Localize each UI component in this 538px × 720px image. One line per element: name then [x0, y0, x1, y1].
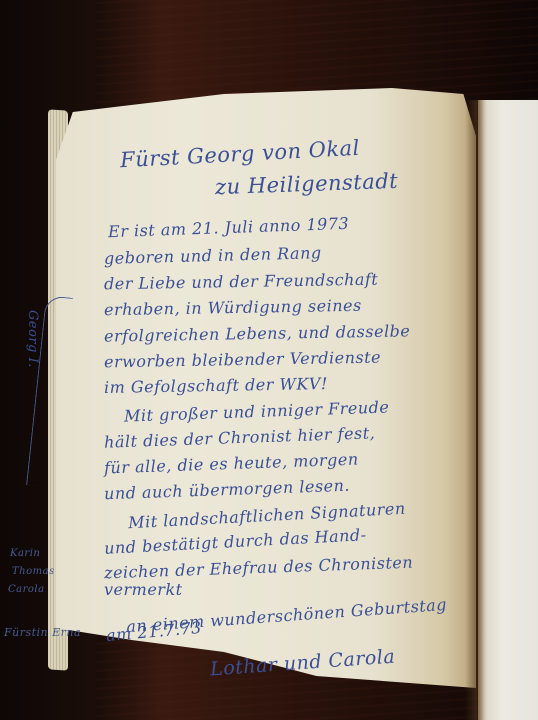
margin-note: Karin	[10, 548, 40, 559]
body-line: im Gefolgschaft der WKV!	[104, 374, 328, 397]
book-gutter	[465, 100, 487, 720]
body-line: vermerkt	[104, 580, 183, 599]
signature-vertical: Georg I.	[25, 310, 40, 368]
margin-note: Fürstin Erna	[4, 626, 81, 639]
right-page	[478, 100, 538, 720]
margin-note: Carola	[8, 584, 45, 595]
margin-note: Thomas	[12, 566, 55, 577]
